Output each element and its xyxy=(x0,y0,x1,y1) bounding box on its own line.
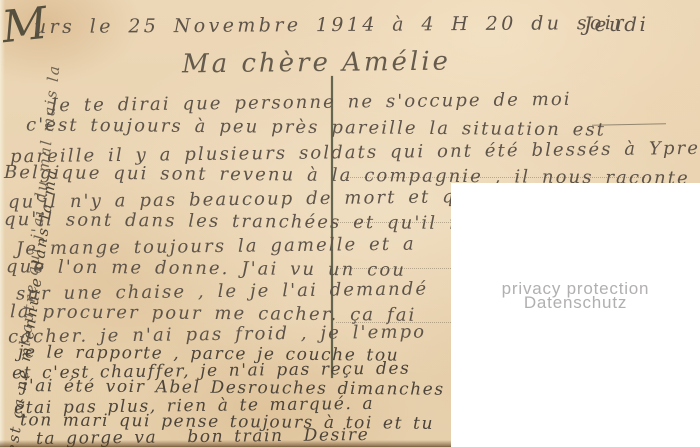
privacy-overlay: privacy protection Datenschutz xyxy=(451,183,700,447)
body-line: Je te dirai que personne ne s'occupe de … xyxy=(50,89,572,116)
body-line: sur une chaise , le je l'ai demandé xyxy=(16,278,428,304)
date-line-day: Jeudi xyxy=(584,12,648,36)
paper-bottom-edge xyxy=(0,440,455,447)
privacy-line-german: Datenschutz xyxy=(451,296,700,310)
body-line: Je mange toujours la gamelle et a xyxy=(16,234,416,260)
salutation: Ma chère Amélie xyxy=(182,47,451,80)
privacy-overlay-text: privacy protection Datenschutz xyxy=(451,282,700,310)
body-line: qu'il sont dans les tranchées et qu'il n xyxy=(4,209,463,234)
postcard-scan: l'autre qui j'ai du mal mais la est ça n… xyxy=(0,0,700,447)
body-line: que l'on me donne. J'ai vu un cou xyxy=(6,256,406,280)
body-line: c'est toujours à peu près pareille la si… xyxy=(26,114,606,140)
date-line: urs le 25 Novembre 1914 à 4 H 20 du soir xyxy=(34,12,627,38)
